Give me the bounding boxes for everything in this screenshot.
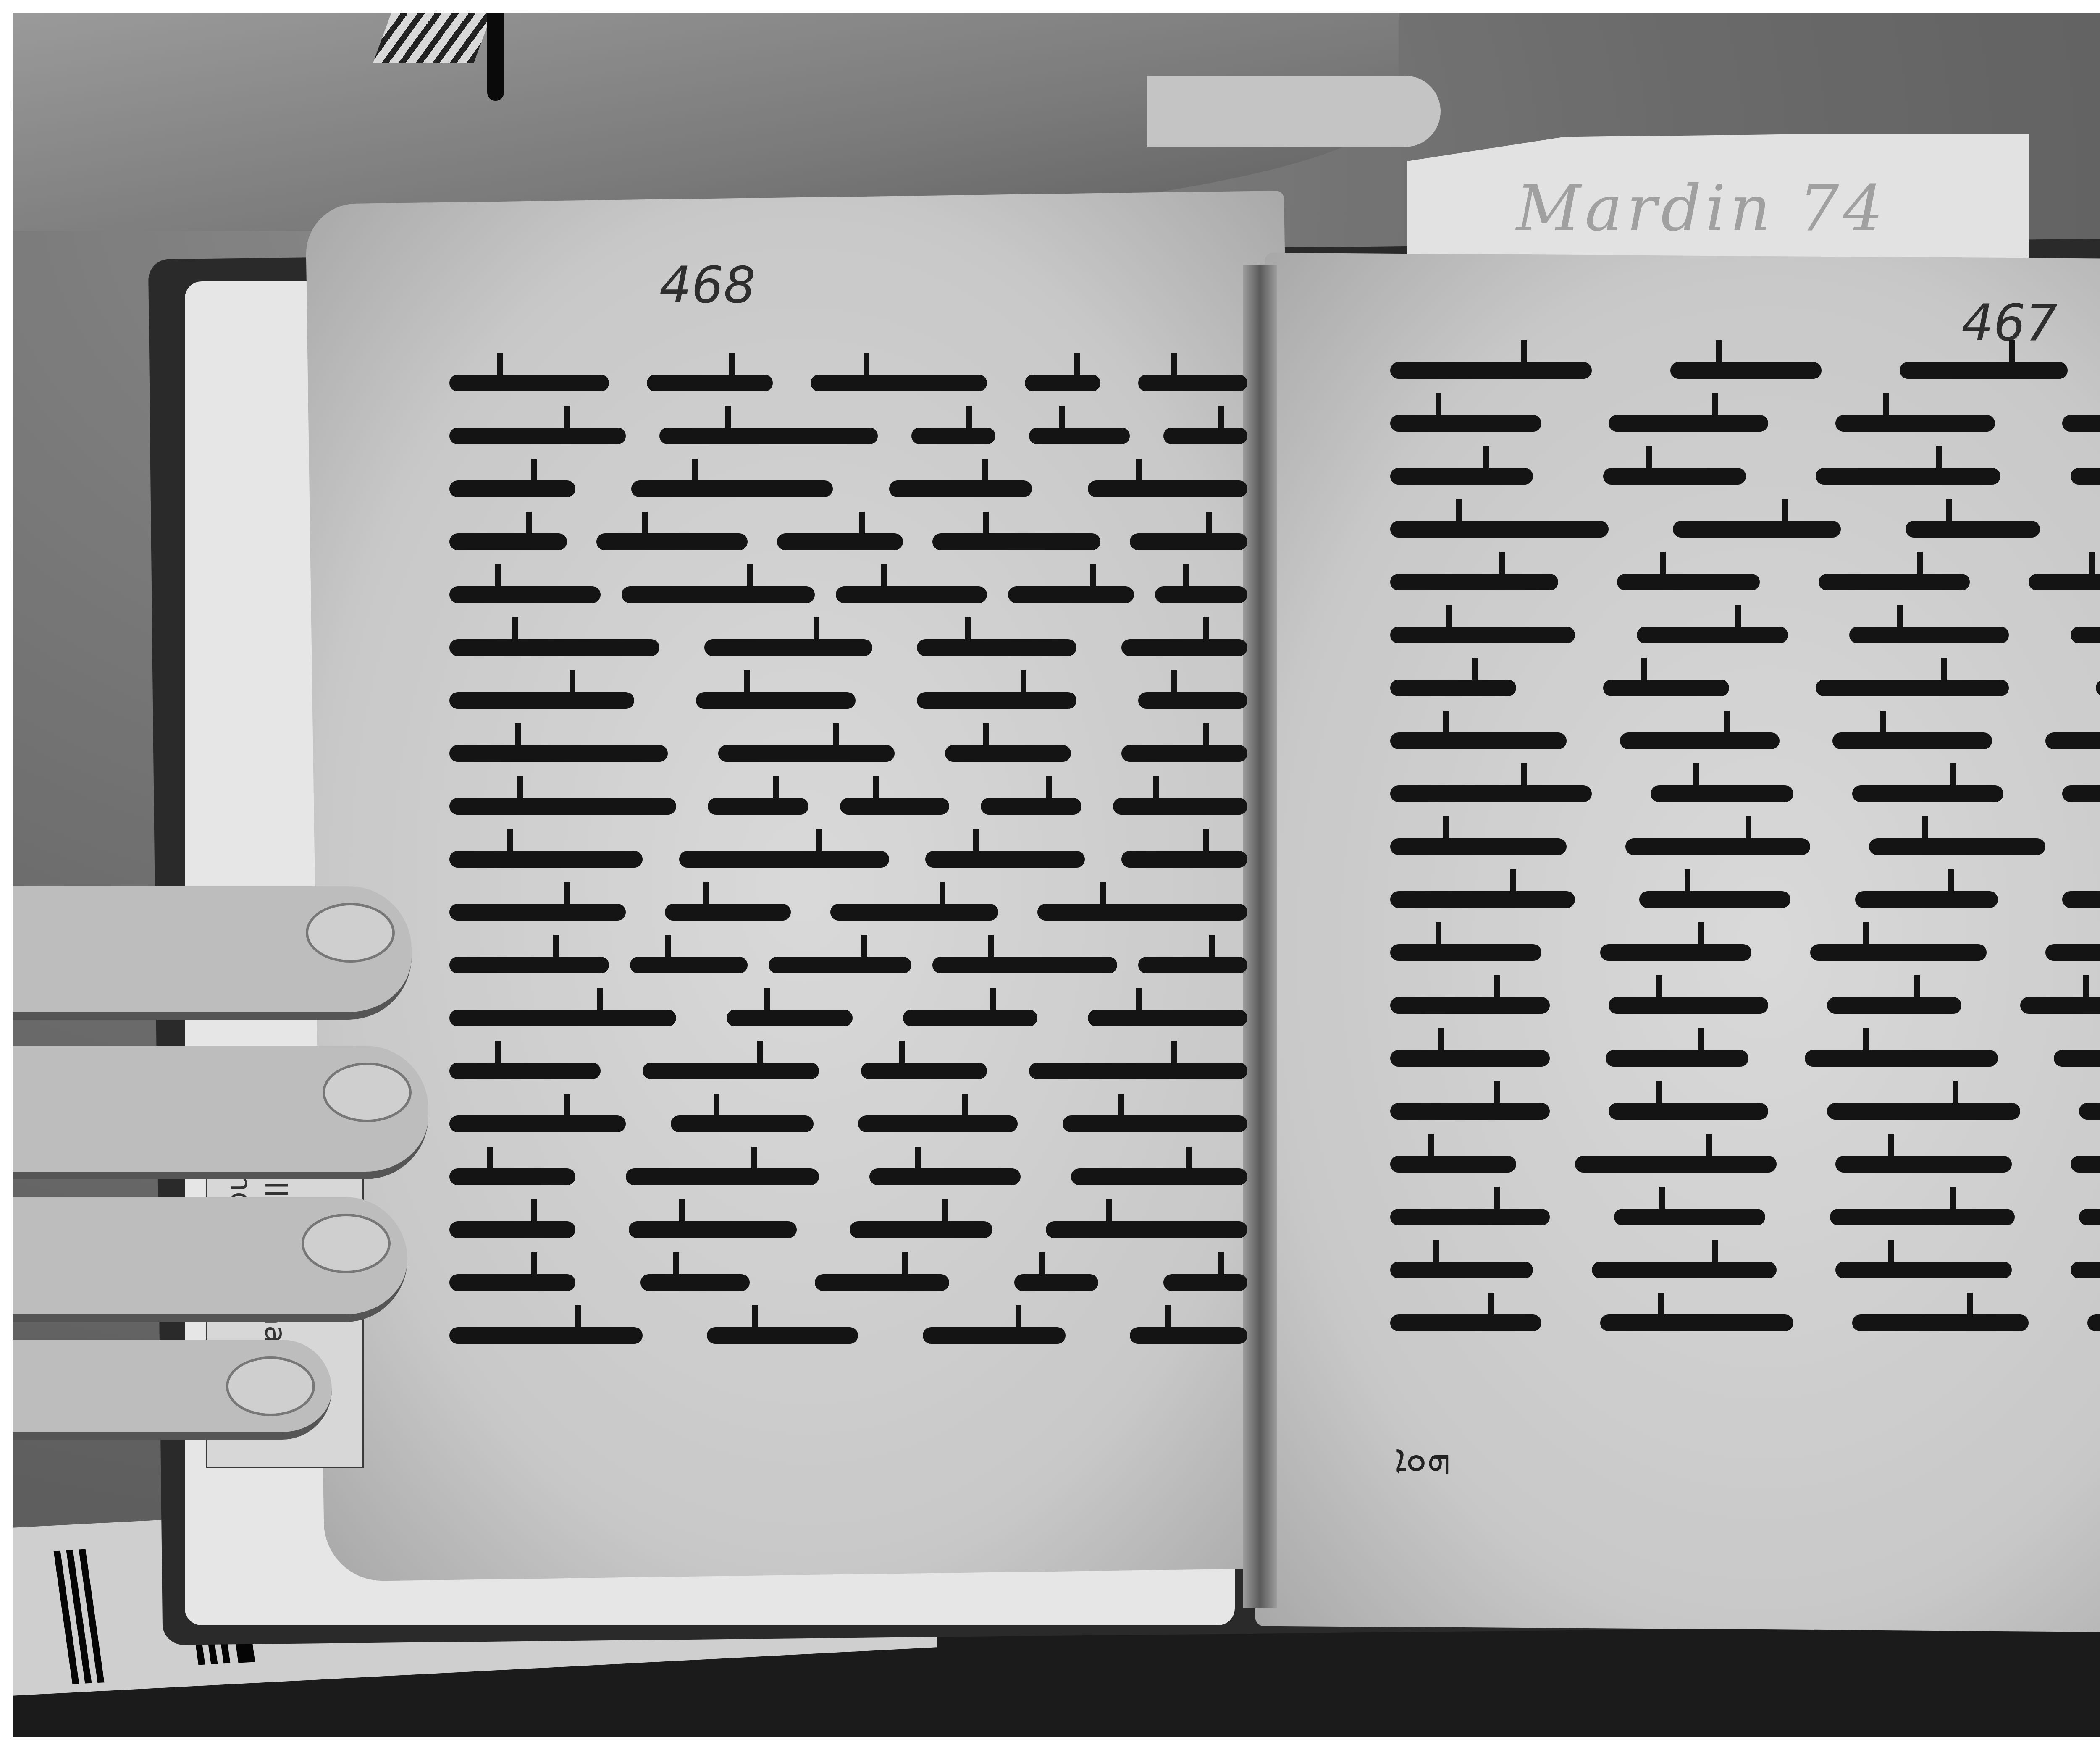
text-line bbox=[1390, 499, 2100, 552]
left-page-text bbox=[449, 353, 1247, 1358]
finger bbox=[13, 1340, 332, 1440]
shelf-tag: Mardin 74 bbox=[1407, 134, 2029, 269]
text-line bbox=[1390, 816, 2100, 869]
text-line bbox=[449, 1041, 1247, 1094]
text-line bbox=[449, 1094, 1247, 1147]
fingernail bbox=[306, 903, 395, 963]
text-line bbox=[449, 617, 1247, 670]
text-line bbox=[449, 988, 1247, 1041]
text-line bbox=[1390, 1028, 2100, 1081]
folio-number-left: 468 bbox=[659, 256, 756, 315]
text-line bbox=[449, 723, 1247, 776]
fingernail bbox=[323, 1063, 412, 1122]
text-line bbox=[1390, 975, 2100, 1028]
text-line bbox=[449, 776, 1247, 829]
text-line bbox=[449, 406, 1247, 459]
text-line bbox=[1390, 763, 2100, 816]
text-line bbox=[1390, 1240, 2100, 1293]
photo-frame: Mardin 74 468 467 bbox=[13, 13, 2100, 1737]
background-finger bbox=[1147, 76, 1441, 147]
right-page-text bbox=[1390, 340, 2100, 1346]
text-line bbox=[449, 1305, 1247, 1358]
shelf-tag-text: Mardin 74 bbox=[1516, 172, 1887, 245]
text-line bbox=[1390, 340, 2100, 393]
text-line bbox=[449, 353, 1247, 406]
book-gutter bbox=[1243, 265, 1277, 1608]
text-line bbox=[449, 512, 1247, 564]
text-line bbox=[1390, 1187, 2100, 1240]
text-line bbox=[449, 1199, 1247, 1252]
text-line bbox=[449, 829, 1247, 882]
text-line bbox=[449, 564, 1247, 617]
text-line bbox=[1390, 658, 2100, 711]
finger bbox=[13, 886, 412, 1020]
watch-strap bbox=[373, 13, 492, 63]
text-line bbox=[1390, 605, 2100, 658]
text-line bbox=[449, 459, 1247, 512]
text-line bbox=[1390, 1081, 2100, 1134]
text-line bbox=[1390, 1293, 2100, 1346]
text-line bbox=[1390, 552, 2100, 605]
watch-buckle bbox=[487, 13, 504, 101]
fingernail bbox=[226, 1356, 315, 1416]
catchword: ܗܘܐ bbox=[1394, 1436, 1451, 1481]
text-line bbox=[1390, 393, 2100, 446]
text-line bbox=[1390, 869, 2100, 922]
text-line bbox=[449, 1252, 1247, 1305]
text-line bbox=[449, 882, 1247, 935]
text-line bbox=[449, 670, 1247, 723]
left-hand bbox=[13, 886, 424, 1432]
fingernail bbox=[302, 1214, 391, 1273]
text-line bbox=[449, 935, 1247, 988]
text-line bbox=[1390, 922, 2100, 975]
finger bbox=[13, 1197, 407, 1322]
text-line bbox=[1390, 1134, 2100, 1187]
text-line bbox=[1390, 446, 2100, 499]
finger bbox=[13, 1046, 428, 1179]
text-line bbox=[449, 1147, 1247, 1199]
text-line bbox=[1390, 711, 2100, 763]
